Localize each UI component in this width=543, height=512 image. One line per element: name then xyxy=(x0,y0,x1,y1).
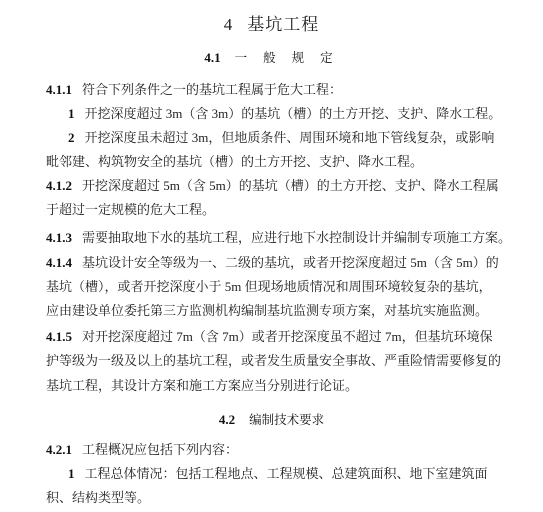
item-line: 1开挖深度超过 3m（含 3m）的基坑（槽）的土方开挖、支护、降水工程。 xyxy=(68,106,528,122)
continuation-line: 于超过一定规模的危大工程。 xyxy=(46,202,506,218)
clause-text: 需要抽取地下水的基坑工程，应进行地下水控制设计并编制专项施工方案。 xyxy=(82,230,511,245)
chapter-title-text: 基坑工程 xyxy=(247,15,319,34)
clause-line: 4.1.3需要抽取地下水的基坑工程，应进行地下水控制设计并编制专项施工方案。 xyxy=(46,230,506,246)
continuation-text: 应由建设单位委托第三方监测机构编制基坑监测专项方案，对基坑实施监测。 xyxy=(46,303,488,318)
item-text: 工程总体情况：包括工程地点、工程规模、总建筑面积、地下室建筑面 xyxy=(85,466,488,481)
continuation-text: 积、结构类型等。 xyxy=(46,490,150,505)
continuation-line: 积、结构类型等。 xyxy=(46,490,506,506)
continuation-text: 毗邻建、构筑物安全的基坑（槽）的土方开挖、支护、降水工程。 xyxy=(46,154,423,169)
item-line: 1工程总体情况：包括工程地点、工程规模、总建筑面积、地下室建筑面 xyxy=(68,466,528,482)
clause-number: 4.1.5 xyxy=(46,329,72,344)
item-text: 开挖深度虽未超过 3m，但地质条件、周围环境和地下管线复杂，或影响 xyxy=(85,130,495,145)
clause-line: 4.1.1符合下列条件之一的基坑工程属于危大工程： xyxy=(46,82,506,98)
item-line: 2开挖深度虽未超过 3m，但地质条件、周围环境和地下管线复杂，或影响 xyxy=(68,130,528,146)
continuation-text: 基坑（槽），或者开挖深度小于 5m 但现场地质情况和周围环境较复杂的基坑， xyxy=(46,279,492,294)
continuation-text: 于超过一定规模的危大工程。 xyxy=(46,202,215,217)
continuation-line: 基坑工程，其设计方案和施工方案应当分别进行论证。 xyxy=(46,378,506,394)
clause-text: 基坑设计安全等级为一、二级的基坑，或者开挖深度超过 5m（含 5m）的 xyxy=(82,255,499,270)
section-title-text: 编制技术要求 xyxy=(249,412,324,427)
item-number: 2 xyxy=(68,130,75,145)
section-title-4-2: 4.2编制技术要求 xyxy=(0,410,543,428)
clause-number: 4.1.3 xyxy=(46,230,72,245)
section-title-4-1: 4.1一 般 规 定 xyxy=(0,48,543,66)
document-page: 4基坑工程 4.1一 般 规 定 4.1.1符合下列条件之一的基坑工程属于危大工… xyxy=(0,0,543,512)
clause-number: 4.1.4 xyxy=(46,255,72,270)
section-title-text: 一 般 规 定 xyxy=(235,50,339,65)
clause-line: 4.2.1工程概况应包括下列内容： xyxy=(46,442,506,458)
continuation-line: 应由建设单位委托第三方监测机构编制基坑监测专项方案，对基坑实施监测。 xyxy=(46,303,506,319)
item-number: 1 xyxy=(68,466,75,481)
clause-text: 开挖深度超过 5m（含 5m）的基坑（槽）的土方开挖、支护、降水工程属 xyxy=(82,178,499,193)
clause-line: 4.1.2开挖深度超过 5m（含 5m）的基坑（槽）的土方开挖、支护、降水工程属 xyxy=(46,178,506,194)
clause-line: 4.1.4基坑设计安全等级为一、二级的基坑，或者开挖深度超过 5m（含 5m）的 xyxy=(46,255,506,271)
continuation-text: 护等级为一级及以上的基坑工程，或者发生质量安全事故、严重险情需要修复的 xyxy=(46,353,501,368)
item-number: 1 xyxy=(68,106,75,121)
section-number: 4.2 xyxy=(219,412,235,427)
item-text: 开挖深度超过 3m（含 3m）的基坑（槽）的土方开挖、支护、降水工程。 xyxy=(85,106,502,121)
continuation-text: 基坑工程，其设计方案和施工方案应当分别进行论证。 xyxy=(46,378,358,393)
clause-number: 4.1.1 xyxy=(46,82,72,97)
clause-text: 工程概况应包括下列内容： xyxy=(82,442,238,457)
continuation-line: 护等级为一级及以上的基坑工程，或者发生质量安全事故、严重险情需要修复的 xyxy=(46,353,506,369)
continuation-line: 毗邻建、构筑物安全的基坑（槽）的土方开挖、支护、降水工程。 xyxy=(46,154,506,170)
clause-line: 4.1.5对开挖深度超过 7m（含 7m）或者开挖深度虽不超过 7m，但基坑环境… xyxy=(46,329,506,345)
clause-text: 对开挖深度超过 7m（含 7m）或者开挖深度虽不超过 7m，但基坑环境保 xyxy=(82,329,493,344)
section-number: 4.1 xyxy=(204,50,220,65)
chapter-title: 4基坑工程 xyxy=(0,10,543,35)
clause-number: 4.1.2 xyxy=(46,178,72,193)
clause-number: 4.2.1 xyxy=(46,442,72,457)
chapter-number: 4 xyxy=(224,15,234,34)
clause-text: 符合下列条件之一的基坑工程属于危大工程： xyxy=(82,82,342,97)
continuation-line: 基坑（槽），或者开挖深度小于 5m 但现场地质情况和周围环境较复杂的基坑， xyxy=(46,279,506,295)
